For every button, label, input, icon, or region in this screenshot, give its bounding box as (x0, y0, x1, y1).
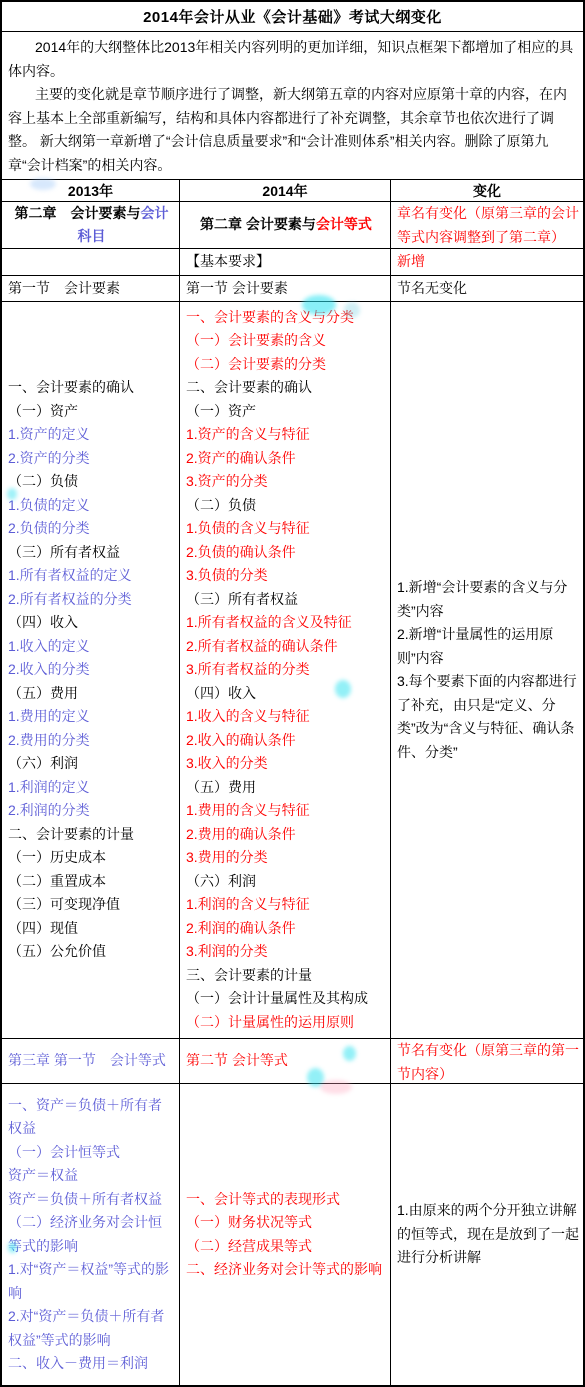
text-line: （五）公允价值 (8, 940, 175, 964)
text-line: 2.收入的分类 (8, 658, 175, 682)
text-line: 一、会计等式的表现形式 (186, 1188, 386, 1212)
text-line: 1.利润的含义与特征 (186, 893, 386, 917)
text-line: 第三章 第一节 会计等式 (8, 1049, 175, 1073)
text-segment: 2.新增“计量属性的运用原则”内容 (397, 626, 553, 666)
text-line: 第二章 会计要素与会计 (15, 202, 169, 226)
text-segment: 一、资产＝负债＋所有者权益 (8, 1097, 162, 1137)
text-segment: （二）经营成果等式 (186, 1238, 312, 1254)
text-line: 第二章 会计要素与会计等式 (200, 213, 372, 237)
cell-2014-section1: 第一节 会计要素 (179, 276, 390, 301)
text-segment: （一）资产 (8, 403, 78, 419)
text-line: 科目 (78, 225, 106, 249)
text-line: 1.负债的定义 (8, 494, 175, 518)
text-line: （一）历史成本 (8, 846, 175, 870)
text-line: 1.资产的含义与特征 (186, 423, 386, 447)
text-segment: 1.利润的含义与特征 (186, 896, 310, 912)
text-line: 2.所有者权益的确认条件 (186, 635, 386, 659)
table-row-chapter2-title: 第二章 会计要素与会计科目 第二章 会计要素与会计等式 章名有变化（原第三章的会… (2, 201, 583, 248)
cell-2014-chapter2: 第二章 会计要素与会计等式 (179, 202, 390, 248)
text-line: 第一节 会计要素 (186, 277, 386, 301)
text-segment: 1.对“资产＝权益”等式的影响 (8, 1261, 169, 1301)
text-segment: 第二章 会计要素与 (15, 205, 141, 221)
cell-2013-equation-outline: 一、资产＝负债＋所有者权益（一）会计恒等式资产＝权益资产＝负债＋所有者权益（二）… (2, 1084, 179, 1385)
text-line: 2.对“资产＝负债＋所有者权益”等式的影响 (8, 1305, 175, 1352)
text-segment: 2.负债的确认条件 (186, 544, 296, 560)
cell-2014-elements-outline: 一、会计要素的含义与分类（一）会计要素的含义（二）会计要素的分类二、会计要素的确… (179, 302, 390, 1038)
text-segment: （三）所有者权益 (8, 544, 120, 560)
text-segment: 第一节 会计要素 (186, 280, 288, 296)
table-row-basic-requirements: 【基本要求】 新增 (2, 248, 583, 275)
cell-2014-equation-title: 第二节 会计等式 (179, 1039, 390, 1083)
text-line: （一）会计要素的含义 (186, 329, 386, 353)
text-line: 2.负债的确认条件 (186, 541, 386, 565)
text-segment: 1.所有者权益的含义及特征 (186, 614, 352, 630)
cell-change-chapter2: 章名有变化（原第三章的会计等式内容调整到了第二章） (390, 202, 583, 248)
text-segment: （二）负债 (8, 473, 78, 489)
text-segment: 资产＝负债＋所有者权益 (8, 1191, 162, 1207)
text-segment: 1.资产的含义与特征 (186, 426, 310, 442)
cell-2014-equation-outline: 一、会计等式的表现形式（一）财务状况等式（二）经营成果等式二、经济业务对会计等式… (179, 1084, 390, 1385)
text-segment: 2.费用的确认条件 (186, 826, 296, 842)
text-segment: （一）历史成本 (8, 849, 106, 865)
text-segment: 1.费用的含义与特征 (186, 802, 310, 818)
text-segment: 一、会计等式的表现形式 (186, 1191, 340, 1207)
text-line: 2.新增“计量属性的运用原则”内容 (397, 623, 579, 670)
text-line: （二）经营成果等式 (186, 1235, 386, 1259)
text-segment: （一）会计要素的含义 (186, 332, 326, 348)
text-line: （五）费用 (8, 682, 175, 706)
text-line: （六）利润 (8, 752, 175, 776)
text-segment: 会计等式 (316, 216, 372, 232)
text-line: （五）费用 (186, 776, 386, 800)
text-segment: 2.所有者权益的确认条件 (186, 638, 338, 654)
text-line: 3.负债的分类 (186, 564, 386, 588)
cell-change-elements: 1.新增“会计要素的含义与分类”内容2.新增“计量属性的运用原则”内容3.每个要… (390, 302, 583, 1038)
text-segment: 第三章 第一节 会计等式 (8, 1052, 166, 1068)
text-line: 1.费用的含义与特征 (186, 799, 386, 823)
text-segment: 2.收入的确认条件 (186, 732, 296, 748)
text-line: 3.资产的分类 (186, 470, 386, 494)
text-line: 1.新增“会计要素的含义与分类”内容 (397, 576, 579, 623)
table-row-elements-detail: 一、会计要素的确认（一）资产1.资产的定义2.资产的分类（二）负债1.负债的定义… (2, 301, 583, 1038)
text-line: 节名有变化（原第三章的第一节内容） (397, 1039, 579, 1083)
text-segment: （一）资产 (186, 403, 256, 419)
text-segment: 1.新增“会计要素的含义与分类”内容 (397, 579, 567, 619)
text-segment: 1.所有者权益的定义 (8, 567, 132, 583)
text-segment: （六）利润 (186, 873, 256, 889)
text-line: 一、会计要素的含义与分类 (186, 306, 386, 330)
text-segment: 3.所有者权益的分类 (186, 661, 310, 677)
text-segment: 1.费用的定义 (8, 708, 90, 724)
text-line: （三）所有者权益 (8, 541, 175, 565)
text-line: 节名无变化 (397, 277, 579, 301)
table-row-section1: 第一节 会计要素 第一节 会计要素 节名无变化 (2, 275, 583, 301)
intro-paragraph: 2014年的大纲整体比2013年相关内容列明的更加详细，知识点框架下都增加了相应… (8, 36, 580, 83)
text-line: 3.利润的分类 (186, 940, 386, 964)
column-header-2014: 2014年 (179, 180, 390, 201)
intro-paragraph: 主要的变化就是章节顺序进行了调整，新大纲第五章的内容对应原第十章的内容，在内容上… (8, 83, 580, 177)
text-segment: （一）会计计量属性及其构成 (186, 990, 368, 1006)
cell-2013-equation-title: 第三章 第一节 会计等式 (2, 1039, 179, 1083)
text-line: 一、会计要素的确认 (8, 376, 175, 400)
text-segment: 3.负债的分类 (186, 567, 268, 583)
table-header-row: 2013年 2014年 变化 (2, 179, 583, 201)
cell-change-section1: 节名无变化 (390, 276, 583, 301)
text-segment: 3.利润的分类 (186, 943, 268, 959)
text-line: 二、收入－费用＝利润 (8, 1352, 175, 1376)
text-line: 2.资产的确认条件 (186, 447, 386, 471)
text-segment: 二、经济业务对会计等式的影响 (186, 1261, 382, 1277)
text-line: （一）资产 (186, 400, 386, 424)
cell-change-new: 新增 (390, 249, 583, 275)
document-title: 2014年会计从业《会计基础》考试大纲变化 (2, 2, 583, 31)
text-segment: （五）费用 (186, 779, 256, 795)
text-line: 2.所有者权益的分类 (8, 588, 175, 612)
text-line: （一）会计恒等式 (8, 1141, 175, 1165)
text-line: （三）所有者权益 (186, 588, 386, 612)
text-line: 2.资产的分类 (8, 447, 175, 471)
text-line: 1.利润的定义 (8, 776, 175, 800)
text-segment: 1.资产的定义 (8, 426, 90, 442)
text-segment: 3.资产的分类 (186, 473, 268, 489)
text-segment: 二、会计要素的计量 (8, 826, 134, 842)
text-segment: 会计 (141, 205, 169, 221)
text-line: 1.由原来的两个分开独立讲解的恒等式，现在是放到了一起进行分析讲解 (397, 1199, 579, 1270)
text-segment: （三）所有者权益 (186, 591, 298, 607)
text-line: （二）计量属性的运用原则 (186, 1011, 386, 1035)
text-segment: 三、会计要素的计量 (186, 967, 312, 983)
text-segment: （二）会计要素的分类 (186, 356, 326, 372)
text-line: 1.资产的定义 (8, 423, 175, 447)
text-line: 2.负债的分类 (8, 517, 175, 541)
text-line: 【基本要求】 (186, 250, 386, 274)
text-segment: 资产＝权益 (8, 1167, 78, 1183)
text-line: 2.费用的分类 (8, 729, 175, 753)
text-segment: 2.利润的确认条件 (186, 920, 296, 936)
table-row-equation-title: 第三章 第一节 会计等式 第二节 会计等式 节名有变化（原第三章的第一节内容） (2, 1038, 583, 1083)
text-line: 2.利润的确认条件 (186, 917, 386, 941)
text-segment: 1.负债的含义与特征 (186, 520, 310, 536)
text-segment: 2.资产的分类 (8, 450, 90, 466)
text-line: 2.收入的确认条件 (186, 729, 386, 753)
cell-2013-empty (2, 249, 179, 275)
cell-2013-elements-outline: 一、会计要素的确认（一）资产1.资产的定义2.资产的分类（二）负债1.负债的定义… (2, 302, 179, 1038)
text-segment: 二、收入－费用＝利润 (8, 1355, 148, 1371)
cell-2013-chapter2: 第二章 会计要素与会计科目 (2, 202, 179, 248)
text-line: 二、会计要素的确认 (186, 376, 386, 400)
text-segment: 2.资产的确认条件 (186, 450, 296, 466)
text-line: （一）财务状况等式 (186, 1211, 386, 1235)
text-line: 1.收入的定义 (8, 635, 175, 659)
text-line: 2.费用的确认条件 (186, 823, 386, 847)
text-line: 3.费用的分类 (186, 846, 386, 870)
text-segment: （五）公允价值 (8, 943, 106, 959)
text-segment: 2.负债的分类 (8, 520, 90, 536)
text-segment: （四）收入 (8, 614, 78, 630)
intro-section: 2014年的大纲整体比2013年相关内容列明的更加详细，知识点框架下都增加了相应… (2, 31, 583, 179)
text-segment: 【基本要求】 (186, 253, 270, 269)
text-line: 章名有变化（原第三章的会计等式内容调整到了第二章） (397, 202, 579, 248)
text-line: 资产＝负债＋所有者权益 (8, 1188, 175, 1212)
text-segment: 3.每个要素下面的内容都进行了补充，由只是“定义、分类”改为“含义与特征、确认条… (397, 673, 577, 760)
text-segment: 科目 (78, 228, 106, 244)
text-line: 第一节 会计要素 (8, 277, 175, 301)
text-line: 一、资产＝负债＋所有者权益 (8, 1094, 175, 1141)
text-line: 1.负债的含义与特征 (186, 517, 386, 541)
text-segment: 二、会计要素的确认 (186, 379, 312, 395)
text-segment: 2.对“资产＝负债＋所有者权益”等式的影响 (8, 1308, 164, 1348)
text-segment: 节名有变化（原第三章的第一节内容） (397, 1042, 579, 1082)
text-line: （二）负债 (186, 494, 386, 518)
text-segment: （二）负债 (186, 497, 256, 513)
text-segment: （四）收入 (186, 685, 256, 701)
text-segment: （四）现值 (8, 920, 78, 936)
column-header-change: 变化 (390, 180, 583, 201)
text-line: 1.所有者权益的含义及特征 (186, 611, 386, 635)
text-line: 2.利润的分类 (8, 799, 175, 823)
text-line: 新增 (397, 250, 579, 274)
text-line: （二）重置成本 (8, 870, 175, 894)
text-line: （四）收入 (8, 611, 175, 635)
text-segment: （六）利润 (8, 755, 78, 771)
text-line: 1.对“资产＝权益”等式的影响 (8, 1258, 175, 1305)
text-segment: 3.费用的分类 (186, 849, 268, 865)
column-header-2013: 2013年 (2, 180, 179, 201)
text-line: （四）收入 (186, 682, 386, 706)
text-line: 3.所有者权益的分类 (186, 658, 386, 682)
text-segment: 2.费用的分类 (8, 732, 90, 748)
cell-2014-basic-requirements: 【基本要求】 (179, 249, 390, 275)
text-line: （六）利润 (186, 870, 386, 894)
text-line: （三）可变现净值 (8, 893, 175, 917)
text-line: （四）现值 (8, 917, 175, 941)
text-line: 1.费用的定义 (8, 705, 175, 729)
text-line: （一）资产 (8, 400, 175, 424)
text-line: （二）经济业务对会计恒等式的影响 (8, 1211, 175, 1258)
text-line: 三、会计要素的计量 (186, 964, 386, 988)
text-segment: 新增 (397, 253, 425, 269)
text-line: 二、会计要素的计量 (8, 823, 175, 847)
text-line: （一）会计计量属性及其构成 (186, 987, 386, 1011)
text-line: 1.所有者权益的定义 (8, 564, 175, 588)
text-segment: 一、会计要素的确认 (8, 379, 134, 395)
cell-change-equation-title: 节名有变化（原第三章的第一节内容） (390, 1039, 583, 1083)
cell-2013-section1: 第一节 会计要素 (2, 276, 179, 301)
text-segment: 一、会计要素的含义与分类 (186, 309, 354, 325)
text-segment: （五）费用 (8, 685, 78, 701)
cell-change-equation: 1.由原来的两个分开独立讲解的恒等式，现在是放到了一起进行分析讲解 (390, 1084, 583, 1385)
text-segment: 第二节 会计等式 (186, 1052, 288, 1068)
text-segment: （一）会计恒等式 (8, 1144, 120, 1160)
text-segment: （一）财务状况等式 (186, 1214, 312, 1230)
text-segment: 章名有变化（原第三章的会计等式内容调整到了第二章） (397, 205, 579, 245)
text-segment: 1.收入的定义 (8, 638, 90, 654)
text-segment: （三）可变现净值 (8, 896, 120, 912)
text-segment: 2.收入的分类 (8, 661, 90, 677)
text-line: 3.收入的分类 (186, 752, 386, 776)
document-page: 2014年会计从业《会计基础》考试大纲变化 2014年的大纲整体比2013年相关… (0, 0, 585, 1387)
text-segment: （二）经济业务对会计恒等式的影响 (8, 1214, 162, 1254)
text-line: （二）会计要素的分类 (186, 353, 386, 377)
table-row-equation-detail: 一、资产＝负债＋所有者权益（一）会计恒等式资产＝权益资产＝负债＋所有者权益（二）… (2, 1083, 583, 1385)
text-segment: 1.由原来的两个分开独立讲解的恒等式，现在是放到了一起进行分析讲解 (397, 1202, 579, 1265)
text-segment: 1.收入的含义与特征 (186, 708, 310, 724)
text-line: 3.每个要素下面的内容都进行了补充，由只是“定义、分类”改为“含义与特征、确认条… (397, 670, 579, 764)
text-line: 二、经济业务对会计等式的影响 (186, 1258, 386, 1282)
text-segment: （二）重置成本 (8, 873, 106, 889)
text-segment: 2.所有者权益的分类 (8, 591, 132, 607)
text-line: 资产＝权益 (8, 1164, 175, 1188)
text-segment: 2.利润的分类 (8, 802, 90, 818)
text-segment: 3.收入的分类 (186, 755, 268, 771)
text-segment: 1.负债的定义 (8, 497, 90, 513)
text-segment: 1.利润的定义 (8, 779, 90, 795)
text-line: （二）负债 (8, 470, 175, 494)
text-segment: （二）计量属性的运用原则 (186, 1014, 354, 1030)
text-segment: 节名无变化 (397, 280, 467, 296)
text-segment: 第二章 会计要素与 (200, 216, 316, 232)
text-line: 1.收入的含义与特征 (186, 705, 386, 729)
text-line: 第二节 会计等式 (186, 1049, 386, 1073)
text-segment: 第一节 会计要素 (8, 280, 120, 296)
